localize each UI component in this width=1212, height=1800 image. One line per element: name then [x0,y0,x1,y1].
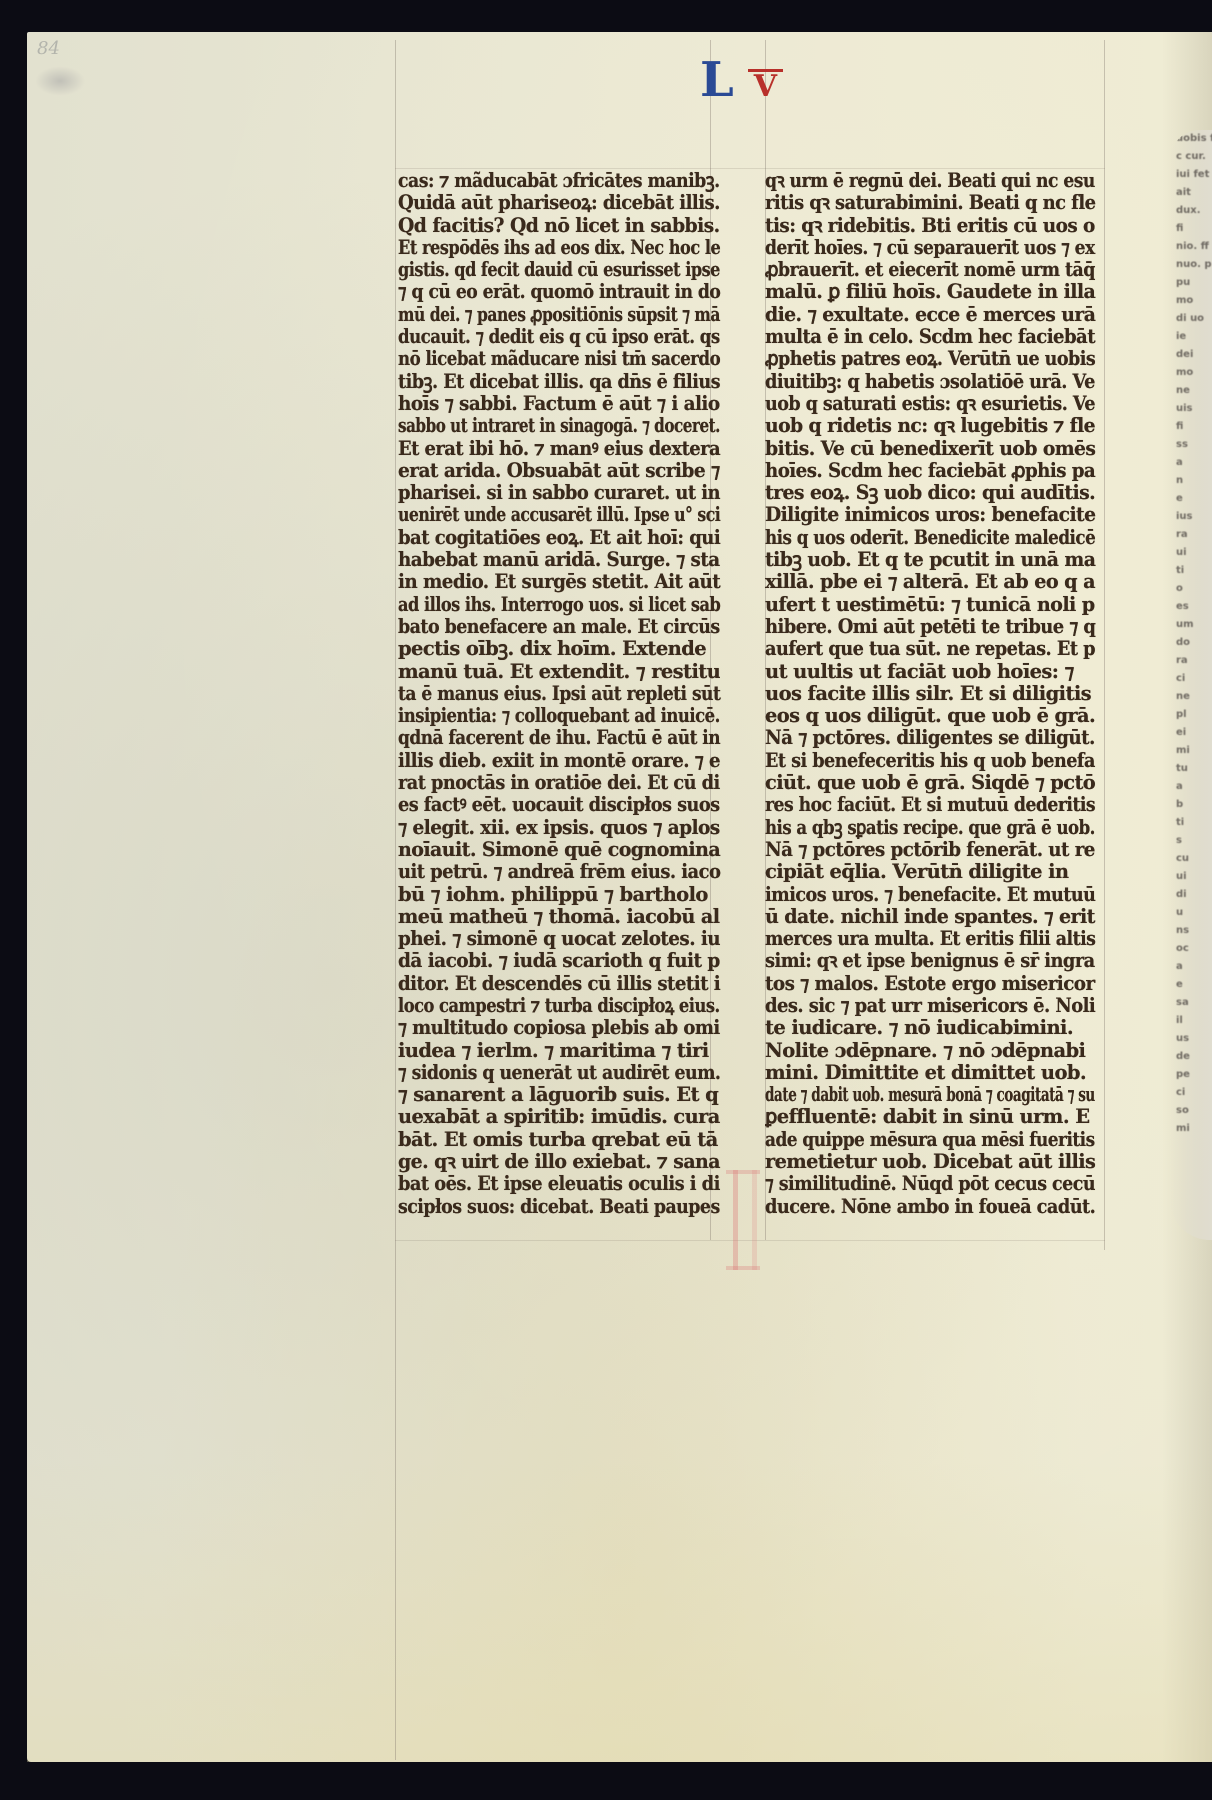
text-line: ꝓphetis patres eoꝝ. Verūtn̄ ue uobis [765,348,1095,370]
text-line: tibꝫ. Et dicebat illis. qa dn̄s ē filius [398,371,720,393]
facing-page-line: pu [1170,274,1212,292]
text-line: noīauit. Simonē quē cognomina [398,839,720,861]
facing-page-line: ei [1170,724,1212,742]
text-line: uexabāt a spiritib: imūdis. cura [398,1106,720,1128]
text-line: dā iacobi. ⁊ iudā scarioth q fuit p [398,950,720,972]
text-line: bāt. Et omis turba qrebat eū tā [398,1129,720,1151]
text-line: cas: ⁊ mãducabāt ɔfricātes manibꝫ. [398,170,720,192]
facing-page-line: uis [1170,400,1212,418]
facing-page-line: ius [1170,508,1212,526]
text-line: his a qbꝫ sꝑatis recipe. que grā ē uob. [765,817,1095,839]
text-line: Nā ⁊ pctōres. diligentes se diligūt. [765,727,1095,749]
text-line: Et respōdēs ihs ad eos dix. Nec hoc le [398,237,720,259]
facing-page-line: pe [1170,1066,1212,1084]
text-line: uit petrū. ⁊ andreā frēm eius. iaco [398,861,720,883]
facing-page-line: ait [1170,184,1212,202]
text-line: merces ura multa. Et eritis filii altis [765,928,1095,950]
facing-page-line: ie [1170,328,1212,346]
facing-page-line: fi [1170,220,1212,238]
text-line: imicos uros. ⁊ benefacite. Et mutuū [765,884,1095,906]
text-line: xillā. pbe ei ⁊ alterā. Et ab eo q a [765,571,1095,593]
text-line: tis: qꝛ ridebitis. Bti eritis cū uos o [765,215,1095,237]
text-line: ⁊ elegit. xii. ex ipsis. quos ⁊ aplos [398,817,720,839]
facing-page-line: so [1170,1102,1212,1120]
text-line: erat arida. Obsuabāt aūt scribe ⁊ [398,460,720,482]
facing-page-line: pl [1170,706,1212,724]
text-line: tibꝫ uob. Et q te pcutit in unā ma [765,549,1095,571]
text-line: uob q saturati estis: qꝛ esurietis. Ve [765,393,1095,415]
text-column-left: cas: ⁊ mãducabāt ɔfricātes manibꝫ.Quidā … [398,170,720,1218]
facing-page-line: dei [1170,346,1212,364]
facing-page-line: ti [1170,562,1212,580]
facing-page-edge: uobis frc cur.iui fetaitdux.finio. ffnuo… [1170,130,1212,1240]
text-line: ducere. Nōne ambo in foueā cadūt. [765,1196,1095,1218]
text-line: insipientia: ⁊ colloquebant ad inuicē. [398,705,720,727]
facing-page-line: mi [1170,1120,1212,1138]
text-line: his q uos oderīt. Benedicite maledicē [765,527,1095,549]
facing-page-line: ra [1170,526,1212,544]
facing-page-line: ne [1170,688,1212,706]
text-line: iudea ⁊ ierlm. ⁊ maritima ⁊ tiri [398,1040,720,1062]
facing-page-line: o [1170,580,1212,598]
text-line: multa ē in celo. Scdm hec faciebāt [765,326,1095,348]
text-line: ⁊ similitudinē. Nūqd pōt cecus cecū [765,1173,1095,1195]
facing-page-line: dux. [1170,202,1212,220]
text-line: pharisei. si in sabbo curaret. ut in [398,482,720,504]
facing-page-line: mo [1170,292,1212,310]
facing-page-line: ns [1170,922,1212,940]
text-line: hoīs ⁊ sabbi. Factum ē aūt ⁊ i alio [398,393,720,415]
running-header-letter-l: L [700,56,734,104]
running-header: L V [700,56,783,104]
text-line: ditor. Et descendēs cū illis stetit i [398,973,720,995]
facing-page-line: cu [1170,850,1212,868]
facing-page-line: di uo [1170,310,1212,328]
parchment-stain [27,1462,1212,1762]
facing-page-line: ui [1170,868,1212,886]
text-line: ⁊ sanarent a lāguorib suis. Et q [398,1084,720,1106]
facing-page-line: do [1170,634,1212,652]
text-line: in medio. Et surgēs stetit. Ait aūt [398,571,720,593]
text-line: Quidā aūt phariseoꝝ: dicebāt illis. [398,192,720,214]
facing-page-line: c cur. [1170,148,1212,166]
text-line: res hoc faciūt. Et si mutuū dederitis [765,794,1095,816]
text-line: mini. Dimittite et dimittet uob. [765,1062,1095,1084]
facing-page-line: il [1170,1012,1212,1030]
facing-page-line: de [1170,1048,1212,1066]
text-line: phei. ⁊ simonē q uocat zelotes. iu [398,928,720,950]
text-line: Nolite ɔdēpnare. ⁊ nō ɔdēpnabi [765,1040,1095,1062]
text-line: ducauit. ⁊ dedit eis q cū ipso erāt. qs [398,326,720,348]
facing-page-line: mi [1170,742,1212,760]
facing-page-line: oc [1170,940,1212,958]
text-line: scipłos suos: dicebat. Beati paupes [398,1196,720,1218]
text-line: nō licebat mãducare nisi tm̄ sacerdo [398,348,720,370]
facing-page-line: ss [1170,436,1212,454]
text-line: date ⁊ dabit uob. mesurā bonā ⁊ coagitat… [765,1084,1095,1106]
facing-page-line: ui [1170,544,1212,562]
text-line: mū dei. ⁊ panes ꝓpositiōnis sūpsit ⁊ mā [398,304,720,326]
facing-page-line: u [1170,904,1212,922]
folio-number: 84 [37,38,60,59]
text-line: te iudicare. ⁊ nō iudicabimini. [765,1017,1095,1039]
facing-page-line: iui fet [1170,166,1212,184]
text-line: loco campestri ⁊ turba discipłoꝝ eius. [398,995,720,1017]
facing-page-line: nuo. p [1170,256,1212,274]
facing-page-line: um [1170,616,1212,634]
text-line: rat pnoctās in oratiōe dei. Et cū di [398,772,720,794]
text-line: malū. ꝑ filiū hoīs. Gaudete in illa [765,281,1095,303]
text-line: ad illos ihs. Interrogo uos. si licet sa… [398,594,720,616]
text-line: ⁊ q cū eo erāt. quomō intrauit in do [398,281,720,303]
facing-page-line: tu [1170,760,1212,778]
text-line: uob q ridetis nc: qꝛ lugebitis ⁊ fle [765,415,1095,437]
text-line: hoīes. Scdm hec faciebāt ꝓphis pa [765,460,1095,482]
facing-page-line: a [1170,454,1212,472]
facing-page-line: ra [1170,652,1212,670]
text-line: hibere. Omi aūt petēti te tribue ⁊ q [765,616,1095,638]
text-line: qdnā facerent de ihu. Factū ē aūt in [398,727,720,749]
faded-red-initial [733,1170,757,1270]
text-line: bato benefacere an male. Et circūs [398,616,720,638]
text-line: tres eoꝝ. Sꝫ uob dico: qui audītis. [765,482,1095,504]
text-line: aufert que tua sūt. ne repetas. Et p [765,638,1095,660]
facing-page-line: ci [1170,1084,1212,1102]
facing-page-line: ci [1170,670,1212,688]
text-line: uos facite illis silr. Et si diligitis [765,683,1095,705]
ruling-right-edge [1104,40,1105,1250]
text-line: Qd facitis? Qd nō licet in sabbis. [398,215,720,237]
text-line: Et si benefeceritis his q uob benefa [765,750,1095,772]
facing-page-line: us [1170,1030,1212,1048]
text-line: ꝑeffluentē: dabit in sinū urm. E [765,1106,1095,1128]
text-line: qꝛ urm ē regnū dei. Beati qui nc esu [765,170,1095,192]
margin-smudge [35,66,85,96]
text-line: simi: qꝛ et ipse benignus ē sr̄ ingra [765,950,1095,972]
text-line: derīt hoīes. ⁊ cū separauerīt uos ⁊ ex [765,237,1095,259]
facing-page-line: s [1170,832,1212,850]
text-line: ū date. nichil inde spantes. ⁊ erit [765,906,1095,928]
text-line: bat cogitatiōes eoꝝ. Et ait hoī: qui [398,527,720,549]
text-line: ꝓbrauerīt. et eiecerīt nomē urm tāq̄ [765,259,1095,281]
facing-page-line: a [1170,778,1212,796]
text-line: sabbo ut intraret in sinagogā. ⁊ doceret… [398,415,720,437]
text-line: Et erat ibi hō. ⁊ manꝰ eius dextera [398,438,720,460]
text-line: ut uultis ut faciāt uob hoīes: ⁊ [765,661,1095,683]
text-line: gistis. qd fecit dauid cū esurisset ipse [398,259,720,281]
text-line: ta ē manus eius. Ipsi aūt repleti sūt [398,683,720,705]
facing-page-line: di [1170,886,1212,904]
text-line: tos ⁊ malos. Estote ergo misericor [765,973,1095,995]
facing-page-line: e [1170,490,1212,508]
facing-page-line: n [1170,472,1212,490]
text-line: Diligite inimicos uros: benefacite [765,504,1095,526]
facing-page-line: ne [1170,382,1212,400]
facing-page-line: nio. ff [1170,238,1212,256]
facing-page-line: uobis fr [1170,130,1212,148]
text-line: pectis oībꝫ. dix hoīm. Extende [398,638,720,660]
text-line: eos q uos diligūt. que uob ē grā. [765,705,1095,727]
facing-page-line: sa [1170,994,1212,1012]
facing-page-line: fi [1170,418,1212,436]
facing-page-line: mo [1170,364,1212,382]
facing-page-line: e [1170,976,1212,994]
running-header-letter-v: V [748,69,783,102]
text-line: habebat manū aridā. Surge. ⁊ sta [398,549,720,571]
text-line: diuitibꝫ: q habetis ɔsolatiōē urā. Ve [765,371,1095,393]
text-line: des. sic ⁊ pat urr misericors ē. Noli [765,995,1095,1017]
text-line: illis dieb. exiit in montē orare. ⁊ e [398,750,720,772]
facing-page-line: es [1170,598,1212,616]
text-line: manū tuā. Et extendit. ⁊ restitu [398,661,720,683]
text-line: ritis qꝛ saturabimini. Beati q nc fle [765,192,1095,214]
facing-page-line: ti [1170,814,1212,832]
text-line: ciūt. que uob ē grā. Siqdē ⁊ pctō [765,772,1095,794]
text-line: es factꝰ eēt. uocauit discipłos suos [398,794,720,816]
text-line: ade quippe mēsura qua mēsi fueritis [765,1129,1095,1151]
text-column-right: qꝛ urm ē regnū dei. Beati qui nc esuriti… [765,170,1095,1218]
text-line: bat oēs. Et ipse eleuatis oculis i di [398,1173,720,1195]
text-line: ⁊ multitudo copiosa plebis ab omi [398,1017,720,1039]
text-line: meū matheū ⁊ thomā. iacobū al [398,906,720,928]
text-line: cipiāt eq̄lia. Verūtn̄ diligite in [765,861,1095,883]
text-line: uenirēt unde accusarēt illū. Ipse u° sci [398,504,720,526]
text-line: ⁊ sidonis q uenerāt ut audirēt eum. [398,1062,720,1084]
text-line: bū ⁊ iohm. philippū ⁊ bartholo [398,884,720,906]
text-line: remetietur uob. Dicebat aūt illis [765,1151,1095,1173]
ruling-left-outer [395,40,396,1760]
text-line: ge. qꝛ uirt de illo exiebat. ⁊ sana [398,1151,720,1173]
facing-page-line: b [1170,796,1212,814]
facing-page-line: a [1170,958,1212,976]
text-line: ufert t uestimētū: ⁊ tunicā noli p [765,594,1095,616]
text-line: Nā ⁊ pctōres pctōrib fenerāt. ut re [765,839,1095,861]
text-line: die. ⁊ exultate. ecce ē merces urā [765,304,1095,326]
text-line: bitis. Ve cū benedixerīt uob omēs [765,438,1095,460]
